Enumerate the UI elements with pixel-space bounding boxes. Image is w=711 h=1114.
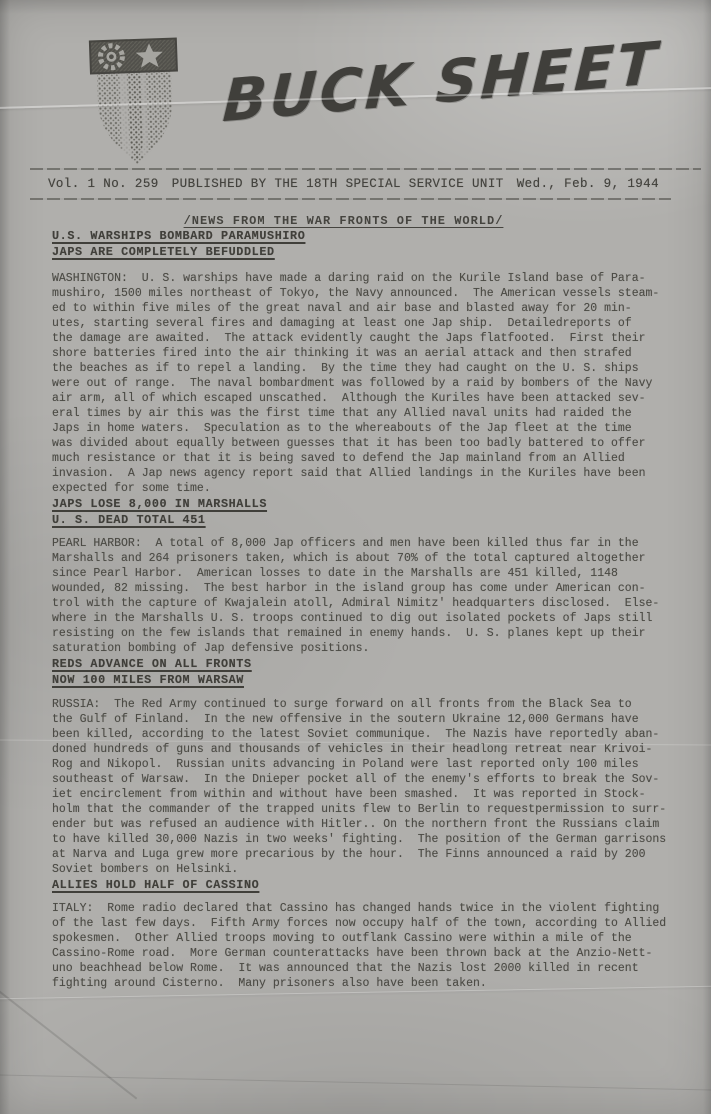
masthead: BUCK SHEET [0,0,711,168]
article-russia-body: RUSSIA: The Red Army continued to surge … [52,697,671,877]
headline-us-dead-451: U. S. DEAD TOTAL 451 [52,512,671,528]
headline-reds-advance: REDS ADVANCE ON ALL FRONTS [52,656,671,672]
shield-gear-star-stamp-icon [82,34,187,169]
headline-japs-befuddled: JAPS ARE COMPLETELY BEFUDDLED [52,244,671,260]
publication-line: Vol. 1 No. 259 PUBLISHED BY THE 18TH SPE… [0,170,711,198]
newsletter-page: BUCK SHEET Vol. 1 No. 259 PUBLISHED BY T… [0,0,711,1114]
article-pearl-harbor-body: PEARL HARBOR: A total of 8,000 Jap offic… [52,536,671,656]
masthead-divider-top [30,168,701,170]
headline-100-miles-warsaw: NOW 100 MILES FROM WARSAW [52,672,671,688]
publisher-name: PUBLISHED BY THE 18TH SPECIAL SERVICE UN… [172,177,504,191]
headline-warships-bombard-paramushiro: U.S. WARSHIPS BOMBARD PARAMUSHIRO [52,228,671,244]
volume-number: Vol. 1 No. 259 [48,177,159,191]
newsletter-content: /NEWS FROM THE WAR FRONTS OF THE WORLD/ … [0,214,711,991]
headline-japs-lose-8000: JAPS LOSE 8,000 IN MARSHALLS [52,496,671,512]
article-washington-body: WASHINGTON: U. S. warships have made a d… [52,271,671,496]
issue-date: Wed., Feb. 9, 1944 [517,177,659,191]
masthead-divider-bottom [30,198,671,200]
headline-allies-hold-cassino: ALLIES HOLD HALF OF CASSINO [52,877,671,893]
section-banner: /NEWS FROM THE WAR FRONTS OF THE WORLD/ [52,214,635,228]
article-italy-body: ITALY: Rome radio declared that Cassino … [52,901,671,991]
newsletter-title: BUCK SHEET [221,32,682,131]
paper-wrinkle [0,1074,711,1091]
